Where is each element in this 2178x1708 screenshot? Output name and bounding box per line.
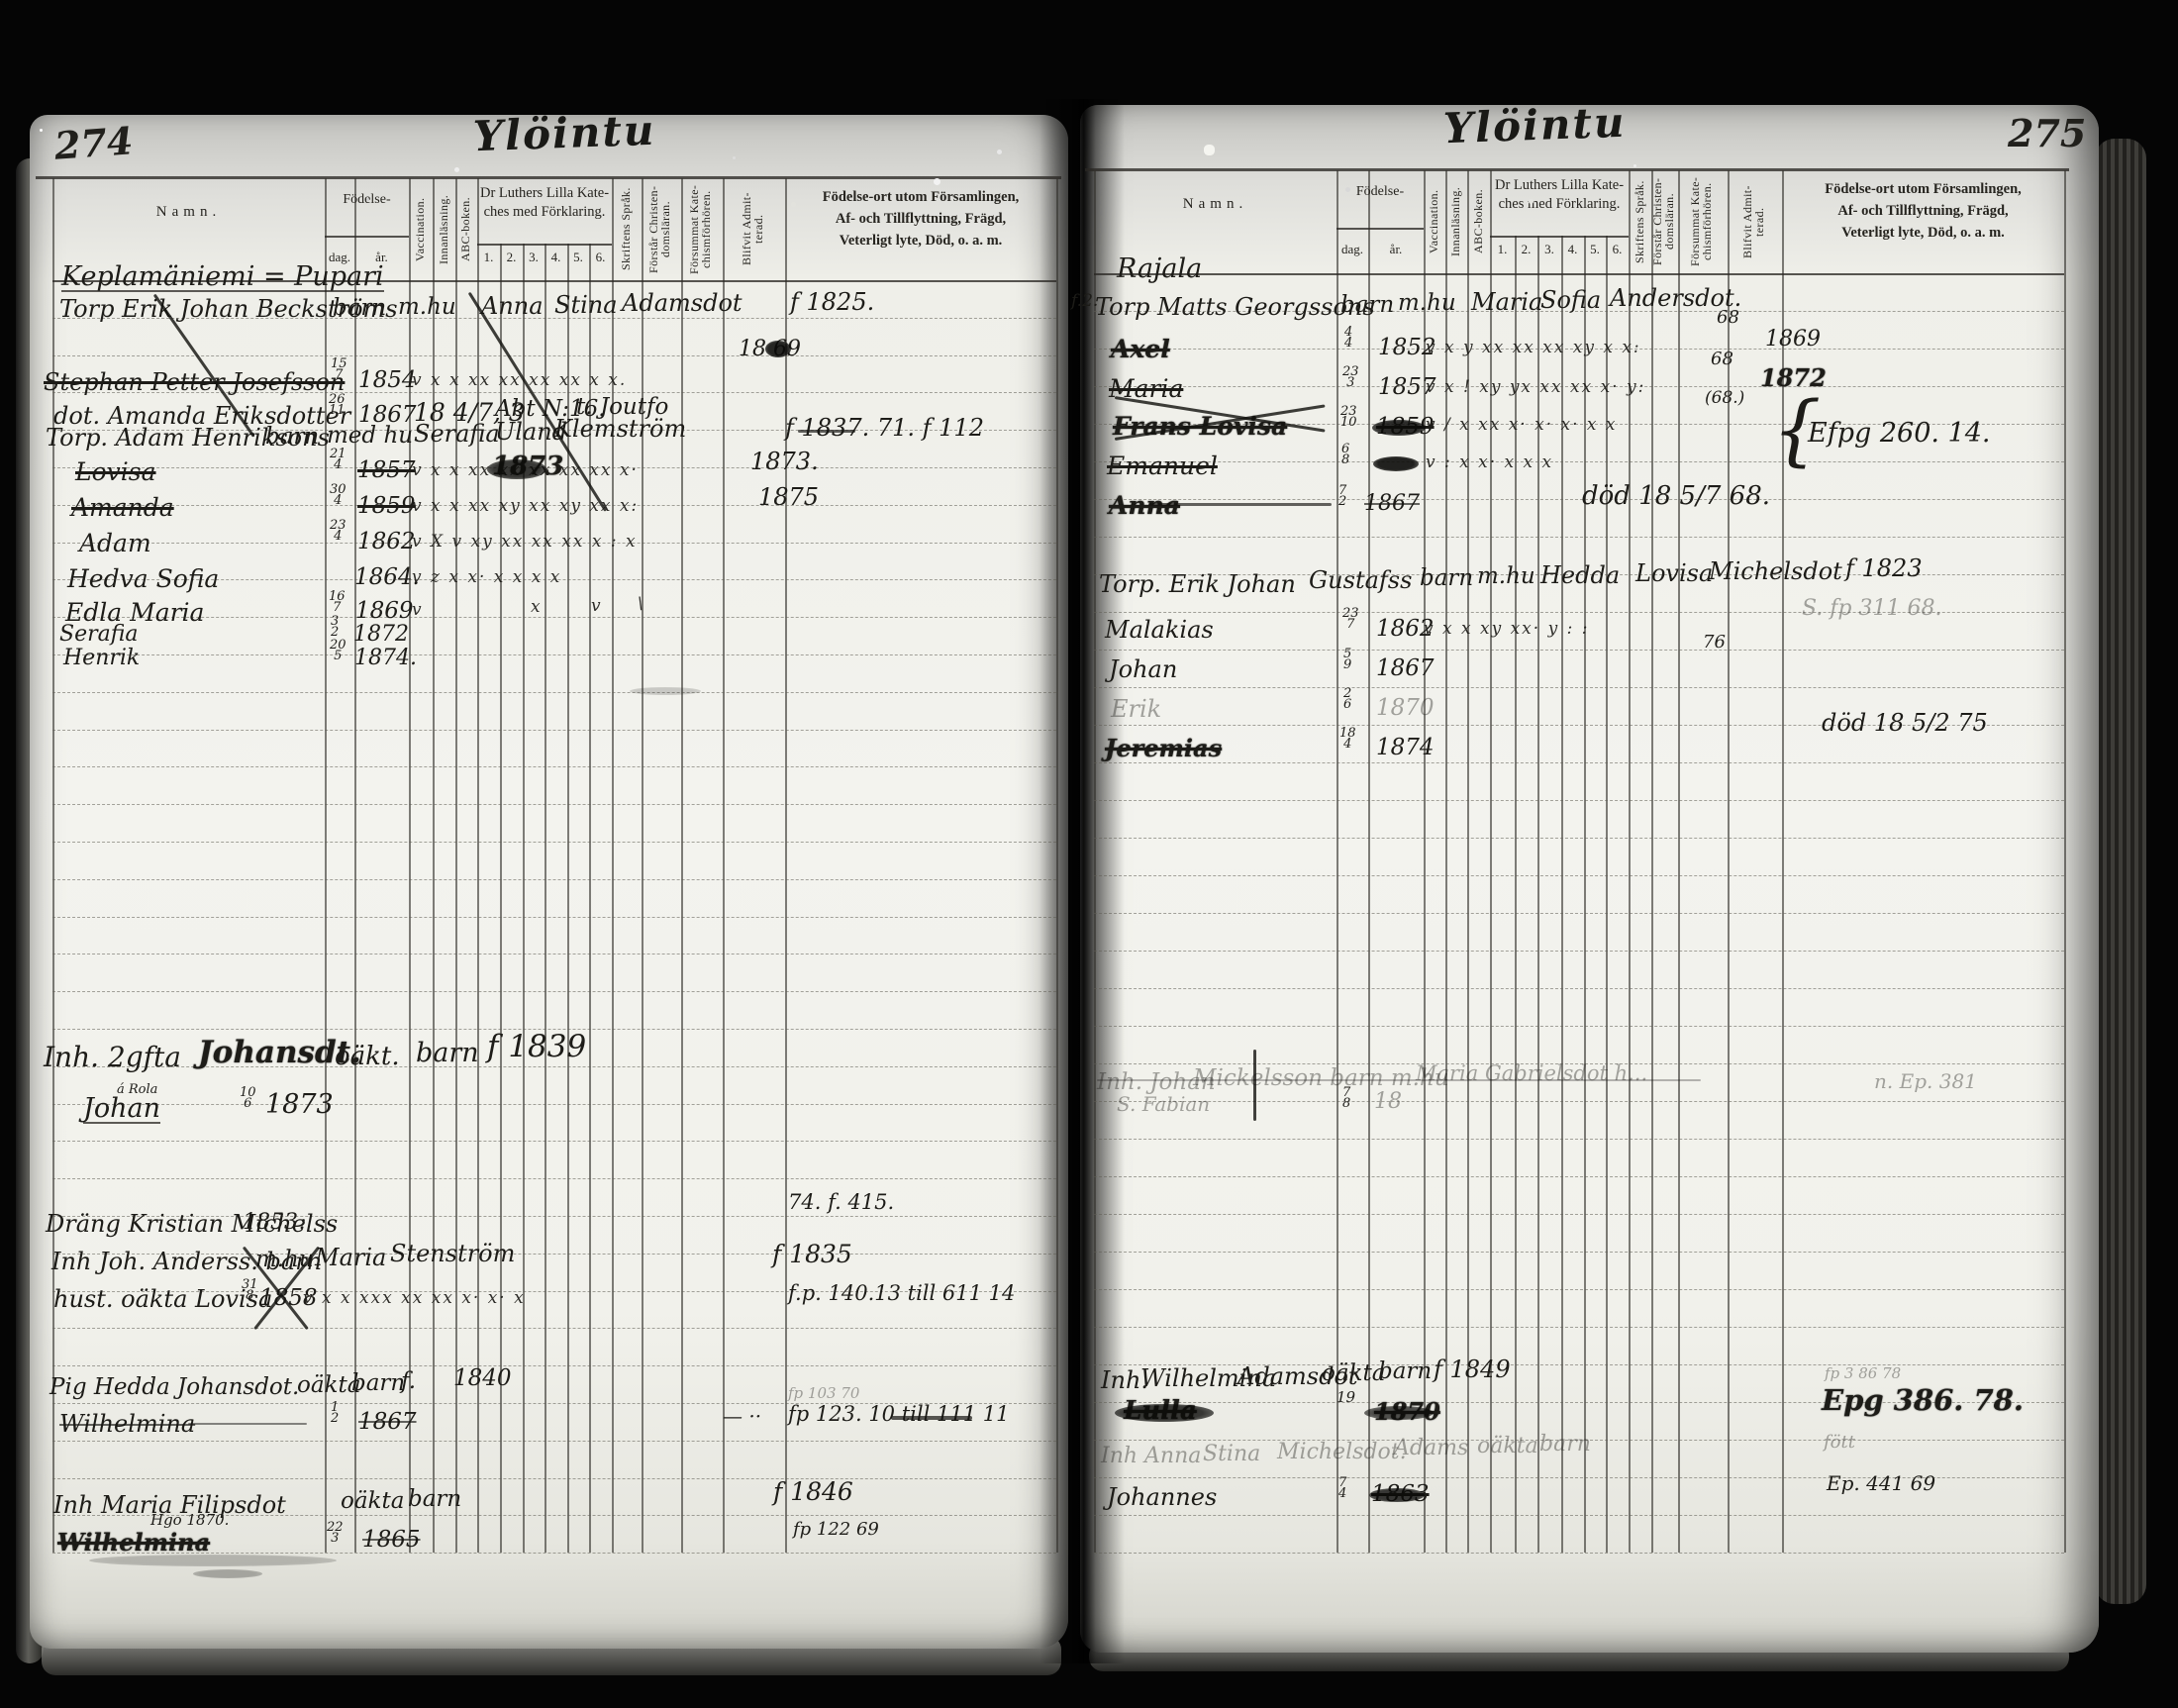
person-name: Serafia — [59, 624, 139, 646]
strike-line — [1097, 1079, 1701, 1081]
birth-year: 1865 — [362, 1529, 421, 1552]
page-title: Ylöintu — [472, 106, 656, 160]
column-header-fodelse: Födelse- — [1356, 184, 1404, 200]
handwritten-entry: barn — [1378, 1360, 1432, 1383]
row-line — [1094, 650, 2064, 651]
row-line — [1094, 537, 2064, 538]
row-line — [52, 1104, 1056, 1105]
column-subheader-kateches-num: 1. — [484, 250, 494, 265]
row-line — [1094, 800, 2064, 801]
birth-day: 78 — [1342, 1087, 1350, 1109]
birth-year: 1874 — [1376, 737, 1435, 759]
handwritten-entry: Serafia — [414, 422, 500, 446]
birth-day: 184 — [1339, 728, 1356, 750]
margin-note: fp 103 70 — [788, 1386, 859, 1401]
row-line — [1094, 1101, 2064, 1102]
margin-note: 68 — [1711, 351, 1733, 368]
birth-day: 205 — [330, 640, 346, 661]
birth-day: 26 — [1343, 688, 1351, 710]
birth-year: 1867 — [1364, 493, 1420, 515]
ink-blot — [1372, 420, 1426, 436]
column-subheader-kateches-num: 4. — [551, 250, 561, 265]
row-line — [1094, 687, 2064, 688]
column-header-fodelse: Födelse- — [343, 192, 390, 208]
catechism-marks: v / x xx x· x· x· x x — [1426, 417, 1617, 434]
row-line — [52, 766, 1056, 767]
margin-note: Efpg 260. 14. — [1808, 420, 1991, 447]
column-line — [1728, 170, 1730, 1553]
column-subheader-kateches-num: 5. — [573, 250, 583, 265]
birth-day: 223 — [327, 1522, 344, 1544]
birth-day: 157 — [331, 358, 347, 380]
book-right-edge — [2095, 139, 2146, 1604]
row-line — [1094, 1327, 2064, 1328]
birth-year: 1874. — [354, 648, 417, 669]
ink-blot — [630, 687, 701, 695]
handwritten-entry: barn — [333, 297, 386, 320]
row-line — [1094, 1139, 2064, 1140]
column-line — [1368, 170, 1370, 1553]
ink-blot — [193, 1569, 262, 1578]
column-subheader-kateches-num: 5. — [1590, 242, 1600, 257]
person-name: Malakias — [1105, 618, 1214, 642]
row-line — [1094, 1515, 2064, 1516]
subheader-line — [1490, 236, 1629, 238]
subheader-line — [1336, 228, 1424, 230]
row-line — [52, 355, 1056, 356]
row-line — [52, 1365, 1056, 1366]
handwritten-entry: Klemström — [554, 417, 686, 441]
handwritten-entry: oäkta — [341, 1490, 404, 1513]
column-subheader-kateches-num: 6. — [1613, 242, 1623, 257]
person-name: Pig Hedda Johansdot. — [49, 1376, 299, 1399]
page-title: Ylöintu — [1442, 98, 1627, 152]
birth-year: 1840 — [453, 1367, 512, 1390]
handwritten-entry: Stina — [1203, 1444, 1260, 1465]
column-header-innanlasning: Innanläsning. — [438, 180, 449, 278]
catechism-marks: v — [591, 598, 603, 615]
handwritten-entry: barn — [1420, 567, 1473, 590]
row-line — [52, 730, 1056, 731]
person-name: Johannes — [1107, 1485, 1217, 1509]
row-line — [1094, 499, 2064, 500]
margin-note: f 1825. — [790, 290, 874, 314]
column-header-vaccination: Vaccination. — [414, 180, 426, 278]
birth-year: 1867 — [358, 1411, 417, 1434]
scanned-parish-register: 274 275 Ylöintu Ylöintu Namn.Födelse-dag… — [0, 0, 2178, 1708]
birth-year: 1870 — [1376, 697, 1435, 720]
ink-blot — [765, 341, 791, 357]
margin-note: S. fp 311 68. — [1802, 598, 1941, 620]
birth-year: 1862 — [357, 531, 416, 553]
handwritten-entry: f 1839 — [487, 1032, 586, 1062]
catechism-marks: v : x x· x x x — [1426, 454, 1553, 471]
column-header-namn: Namn. — [1183, 196, 1247, 213]
person-name: Axel — [1111, 337, 1170, 361]
column-subheader-kateches-num: 1. — [1498, 242, 1508, 257]
handwritten-entry: barn — [416, 1040, 479, 1066]
column-line — [1678, 170, 1680, 1553]
row-line — [52, 1328, 1056, 1329]
row-line — [1094, 875, 2064, 876]
person-name: Henrik — [63, 648, 140, 669]
margin-note: Ep. 441 69 — [1827, 1473, 1935, 1493]
birth-day: 233 — [1342, 366, 1359, 388]
village-name: Keplamäniemi = Pupari — [61, 263, 384, 292]
birth-day: 32 — [331, 616, 339, 638]
table-top-rule — [1085, 168, 2069, 171]
row-line — [1094, 913, 2064, 914]
handwritten-entry: oäkta — [1477, 1436, 1538, 1457]
birth-year: 1867 — [1376, 657, 1435, 680]
row-line — [1094, 1289, 2064, 1290]
handwritten-entry: Anna — [481, 294, 544, 318]
margin-note: fp 3 86 78 — [1825, 1366, 1901, 1381]
header-bottom-line — [1094, 273, 2064, 275]
handwritten-entry: oäkta — [1322, 1362, 1385, 1385]
catechism-marks: \ — [638, 596, 645, 613]
birth-day: 2310 — [1340, 406, 1357, 428]
person-name: Hedva Sofia — [67, 566, 219, 591]
column-subheader-kateches-num: 6. — [596, 250, 606, 265]
column-subheader-dag: dag. — [1341, 242, 1363, 257]
column-header-namn: Namn. — [156, 204, 221, 221]
birth-day: 59 — [1343, 649, 1351, 670]
birth-day: 318 — [242, 1279, 258, 1301]
column-header-fodelseort: Födelse-ort utom Församlingen, Af- och T… — [823, 186, 1020, 251]
column-line — [354, 178, 356, 1553]
birth-day: 74 — [1338, 1477, 1346, 1499]
table-border — [2064, 170, 2066, 1553]
person-name: Johan — [1109, 657, 1177, 681]
handwritten-entry: barn — [1340, 294, 1394, 317]
row-line — [1094, 1026, 2064, 1027]
column-line — [785, 178, 787, 1553]
margin-note: 1873. — [750, 450, 819, 473]
handwritten-entry: : — [299, 1212, 306, 1234]
row-line — [52, 654, 1056, 655]
margin-note: fött — [1824, 1434, 1855, 1452]
birth-year: 1854 — [358, 369, 417, 392]
person-name: Amanda — [71, 495, 174, 520]
column-header-kateches: Dr Luthers Lilla Kate- ches med Förklari… — [1495, 176, 1624, 214]
column-subheader-ar: år. — [1390, 242, 1403, 257]
birth-day: 304 — [330, 484, 346, 506]
birth-day: 44 — [1344, 327, 1352, 349]
handwritten-entry: m.hu — [398, 296, 456, 319]
strike-line — [891, 1416, 972, 1420]
handwritten-entry: f. — [401, 1370, 416, 1393]
strike-line — [1148, 503, 1332, 506]
handwritten-entry: Michelsdot. — [1277, 1442, 1407, 1463]
handwritten-entry: m.hu — [255, 1249, 314, 1271]
page-number: 275 — [2008, 111, 2086, 155]
margin-note: 1875 — [758, 485, 819, 509]
margin-note: 76 — [1703, 634, 1726, 652]
row-line — [52, 842, 1056, 843]
row-line — [1094, 1553, 2064, 1554]
ink-blot — [1364, 1406, 1434, 1420]
row-line — [1094, 1252, 2064, 1253]
row-line — [52, 692, 1056, 693]
row-line — [52, 954, 1056, 954]
handwritten-entry: Maria — [1471, 290, 1542, 314]
column-header-abc-boken: ABC-boken. — [1472, 172, 1484, 271]
row-line — [1094, 762, 2064, 763]
row-line — [52, 1141, 1056, 1142]
ink-blot — [1115, 1404, 1214, 1422]
column-subheader-kateches-num: 4. — [1568, 242, 1578, 257]
person-name: Wilhelmina — [59, 1412, 195, 1436]
birth-day: 68 — [1341, 444, 1349, 465]
column-subheader-kateches-num: 2. — [1522, 242, 1532, 257]
death-note: död 18 5/7 68. — [1582, 483, 1770, 509]
handwritten-entry: Lovisa — [1635, 561, 1713, 585]
handwritten-entry: Adams — [1394, 1438, 1468, 1459]
margin-note: 68 — [1717, 309, 1739, 327]
handwritten-entry: Adamsdot — [622, 291, 742, 315]
birth-day: 214 — [330, 449, 346, 470]
column-header-blifvit-admitterad: Blifvit Admit- terad. — [741, 180, 764, 278]
handwritten-entry: Gustafss — [1309, 568, 1412, 592]
column-line — [1336, 170, 1338, 1553]
birth-day: 72 — [1338, 485, 1346, 507]
column-line — [642, 178, 643, 1553]
person-name: Inh. 2gfta — [44, 1044, 181, 1071]
birth-day: 167 — [329, 591, 346, 613]
margin-note: Epg 386. 78. — [1822, 1386, 2024, 1415]
handwritten-entry: Stina — [554, 293, 618, 317]
margin-note: fp 123. 10 till 111 11 — [788, 1404, 1009, 1425]
handwritten-entry: barn — [1539, 1434, 1591, 1456]
handwritten-entry: Stenström — [390, 1242, 515, 1265]
birth-year: 1873 — [265, 1091, 334, 1118]
column-header-blifvit-admitterad: Blifvit Admit- terad. — [1741, 172, 1765, 271]
handwritten-entry: barn — [351, 1372, 405, 1395]
margin-note: f 1837. 71. f 112 — [785, 416, 984, 440]
birth-year: 1853 — [243, 1212, 298, 1234]
strike-line — [188, 1423, 307, 1425]
birth-year: 1872 — [353, 624, 409, 646]
handwritten-entry: Maria — [315, 1246, 386, 1269]
subheader-line — [325, 236, 409, 238]
catechism-marks: v X v xy xx xx xx x : x — [412, 534, 638, 551]
birth-year: 1857 — [357, 459, 416, 482]
birth-year: 1864. — [354, 566, 420, 589]
strike-line — [798, 430, 855, 433]
handwritten-entry: m.hu — [1477, 565, 1535, 588]
margin-note: 74. f. 415. — [788, 1192, 894, 1213]
catechism-marks: v — [412, 602, 424, 619]
margin-note: fp 122 69 — [793, 1521, 879, 1539]
death-note: död 18 5/2 75 — [1822, 711, 1988, 735]
person-name: Erik — [1111, 697, 1161, 721]
handwritten-entry: f 1849 — [1434, 1357, 1511, 1381]
column-header-forstar: Förstår Christen- domsläran. — [1651, 172, 1675, 271]
column-subheader-kateches-num: 3. — [529, 250, 539, 265]
handwritten-entry: med hu — [327, 425, 413, 448]
row-line — [52, 917, 1056, 918]
birth-day: 234 — [330, 520, 346, 542]
catechism-marks: x — [531, 599, 543, 616]
person-name: hust. oäkta Lovisa — [53, 1287, 272, 1311]
subheader-line — [477, 244, 612, 246]
table-border — [1056, 178, 1058, 1553]
catechism-marks: v x x xy xx· y : : — [1424, 621, 1589, 638]
handwritten-entry: Sofia — [1540, 288, 1601, 312]
margin-note: f 1835 — [772, 1242, 852, 1266]
handwritten-entry: 19 — [1336, 1390, 1355, 1405]
column-line — [723, 178, 725, 1553]
handwritten-entry: Michelsdot — [1709, 559, 1842, 583]
birth-day: 106 — [240, 1087, 256, 1109]
row-line — [52, 1178, 1056, 1179]
handwritten-entry: barn — [408, 1488, 461, 1511]
person-name: Wilhelmina — [57, 1531, 210, 1555]
column-header-vaccination: Vaccination. — [1428, 172, 1439, 271]
book-gutter-shadow — [1039, 99, 1125, 1663]
row-line — [1094, 951, 2064, 952]
column-header-skriftens-sprak: Skriftens Språk. — [1633, 172, 1645, 271]
column-header-fodelseort: Födelse-ort utom Församlingen, Af- och T… — [1825, 178, 2022, 244]
column-subheader-kateches-num: 2. — [507, 250, 517, 265]
catechism-marks: v x x xxx xx xx x· x· x — [303, 1290, 526, 1307]
column-subheader-kateches-num: 3. — [1544, 242, 1554, 257]
margin-note: f 1823 — [1845, 556, 1923, 580]
ink-blot — [487, 459, 546, 479]
row-line — [1094, 461, 2064, 462]
row-line — [1094, 1214, 2064, 1215]
dust-speckles — [40, 129, 43, 132]
row-line — [52, 804, 1056, 805]
column-header-forsummat: Försummat Kate- chismförhören. — [688, 180, 712, 278]
column-line — [681, 178, 683, 1553]
catechism-marks: v z x x· x x x x — [412, 569, 561, 586]
birth-day: 12 — [331, 1402, 339, 1424]
catechism-marks: v x y xx xx xx xy x x: — [1426, 340, 1641, 356]
handwritten-entry: m.hu — [1398, 292, 1456, 315]
margin-note: f 1846 — [773, 1479, 853, 1504]
birth-year: 1869 — [355, 600, 414, 623]
handwritten-entry: Hgo 1870. — [150, 1513, 229, 1528]
ink-blot — [1373, 456, 1419, 471]
row-line — [52, 991, 1056, 992]
catechism-marks: v x ! xy yx xx xx x· y: — [1426, 379, 1645, 396]
handwritten-entry: oäkt. — [335, 1044, 400, 1069]
birth-year: 1859 — [357, 495, 416, 518]
margin-note: (68.) — [1705, 390, 1744, 407]
handwritten-entry: barn — [265, 426, 319, 449]
person-name: Adam — [79, 531, 151, 555]
column-header-skriftens-sprak: Skriftens Språk. — [620, 180, 632, 278]
column-header-forsummat: Försummat Kate- chismförhören. — [1689, 172, 1713, 271]
margin-note: f.p. 140.13 till 611 14 — [788, 1283, 1015, 1304]
ink-blot — [1369, 1488, 1425, 1502]
handwritten-entry: S. Fabian — [1117, 1094, 1210, 1114]
handwritten-entry: 18 — [1374, 1091, 1402, 1113]
column-header-kateches: Dr Luthers Lilla Kate- ches med Förklari… — [480, 184, 609, 222]
column-header-forstar: Förstår Christen- domsläran. — [647, 180, 671, 278]
column-line — [1651, 170, 1653, 1553]
row-line — [1094, 988, 2064, 989]
person-name: Stephan Petter Josefsson — [44, 370, 345, 394]
row-line — [52, 1441, 1056, 1442]
margin-note: 1869 — [1765, 329, 1821, 351]
handwritten-entry: Hedda — [1540, 563, 1620, 587]
person-name: Jeremias — [1105, 737, 1222, 760]
column-header-abc-boken: ABC-boken. — [459, 180, 471, 278]
row-line — [52, 879, 1056, 880]
column-header-innanlasning: Innanläsning. — [1449, 172, 1461, 271]
row-line — [1094, 838, 2064, 839]
ink-blot — [89, 1555, 337, 1566]
birth-day: 2611 — [329, 394, 346, 416]
village-name: Rajala — [1117, 255, 1202, 282]
person-name: Inh Anna — [1101, 1446, 1201, 1467]
person-name: Emanuel — [1107, 453, 1218, 478]
person-name: Lovisa — [75, 459, 156, 484]
person-name: Johan — [83, 1095, 160, 1124]
person-name: Torp Matts Georgssons — [1095, 295, 1375, 319]
page-number: 274 — [53, 118, 135, 167]
row-line — [52, 1478, 1056, 1479]
handwritten-entry: — ·· — [723, 1406, 761, 1426]
person-name: Torp. Erik Johan — [1099, 572, 1296, 596]
row-line — [1094, 1176, 2064, 1177]
birth-day: 237 — [1342, 608, 1359, 630]
margin-note: n. Ep. 381 — [1874, 1071, 1977, 1091]
table-border — [1094, 170, 1096, 1553]
table-top-rule — [36, 176, 1061, 179]
strike-vertical — [1253, 1050, 1256, 1121]
